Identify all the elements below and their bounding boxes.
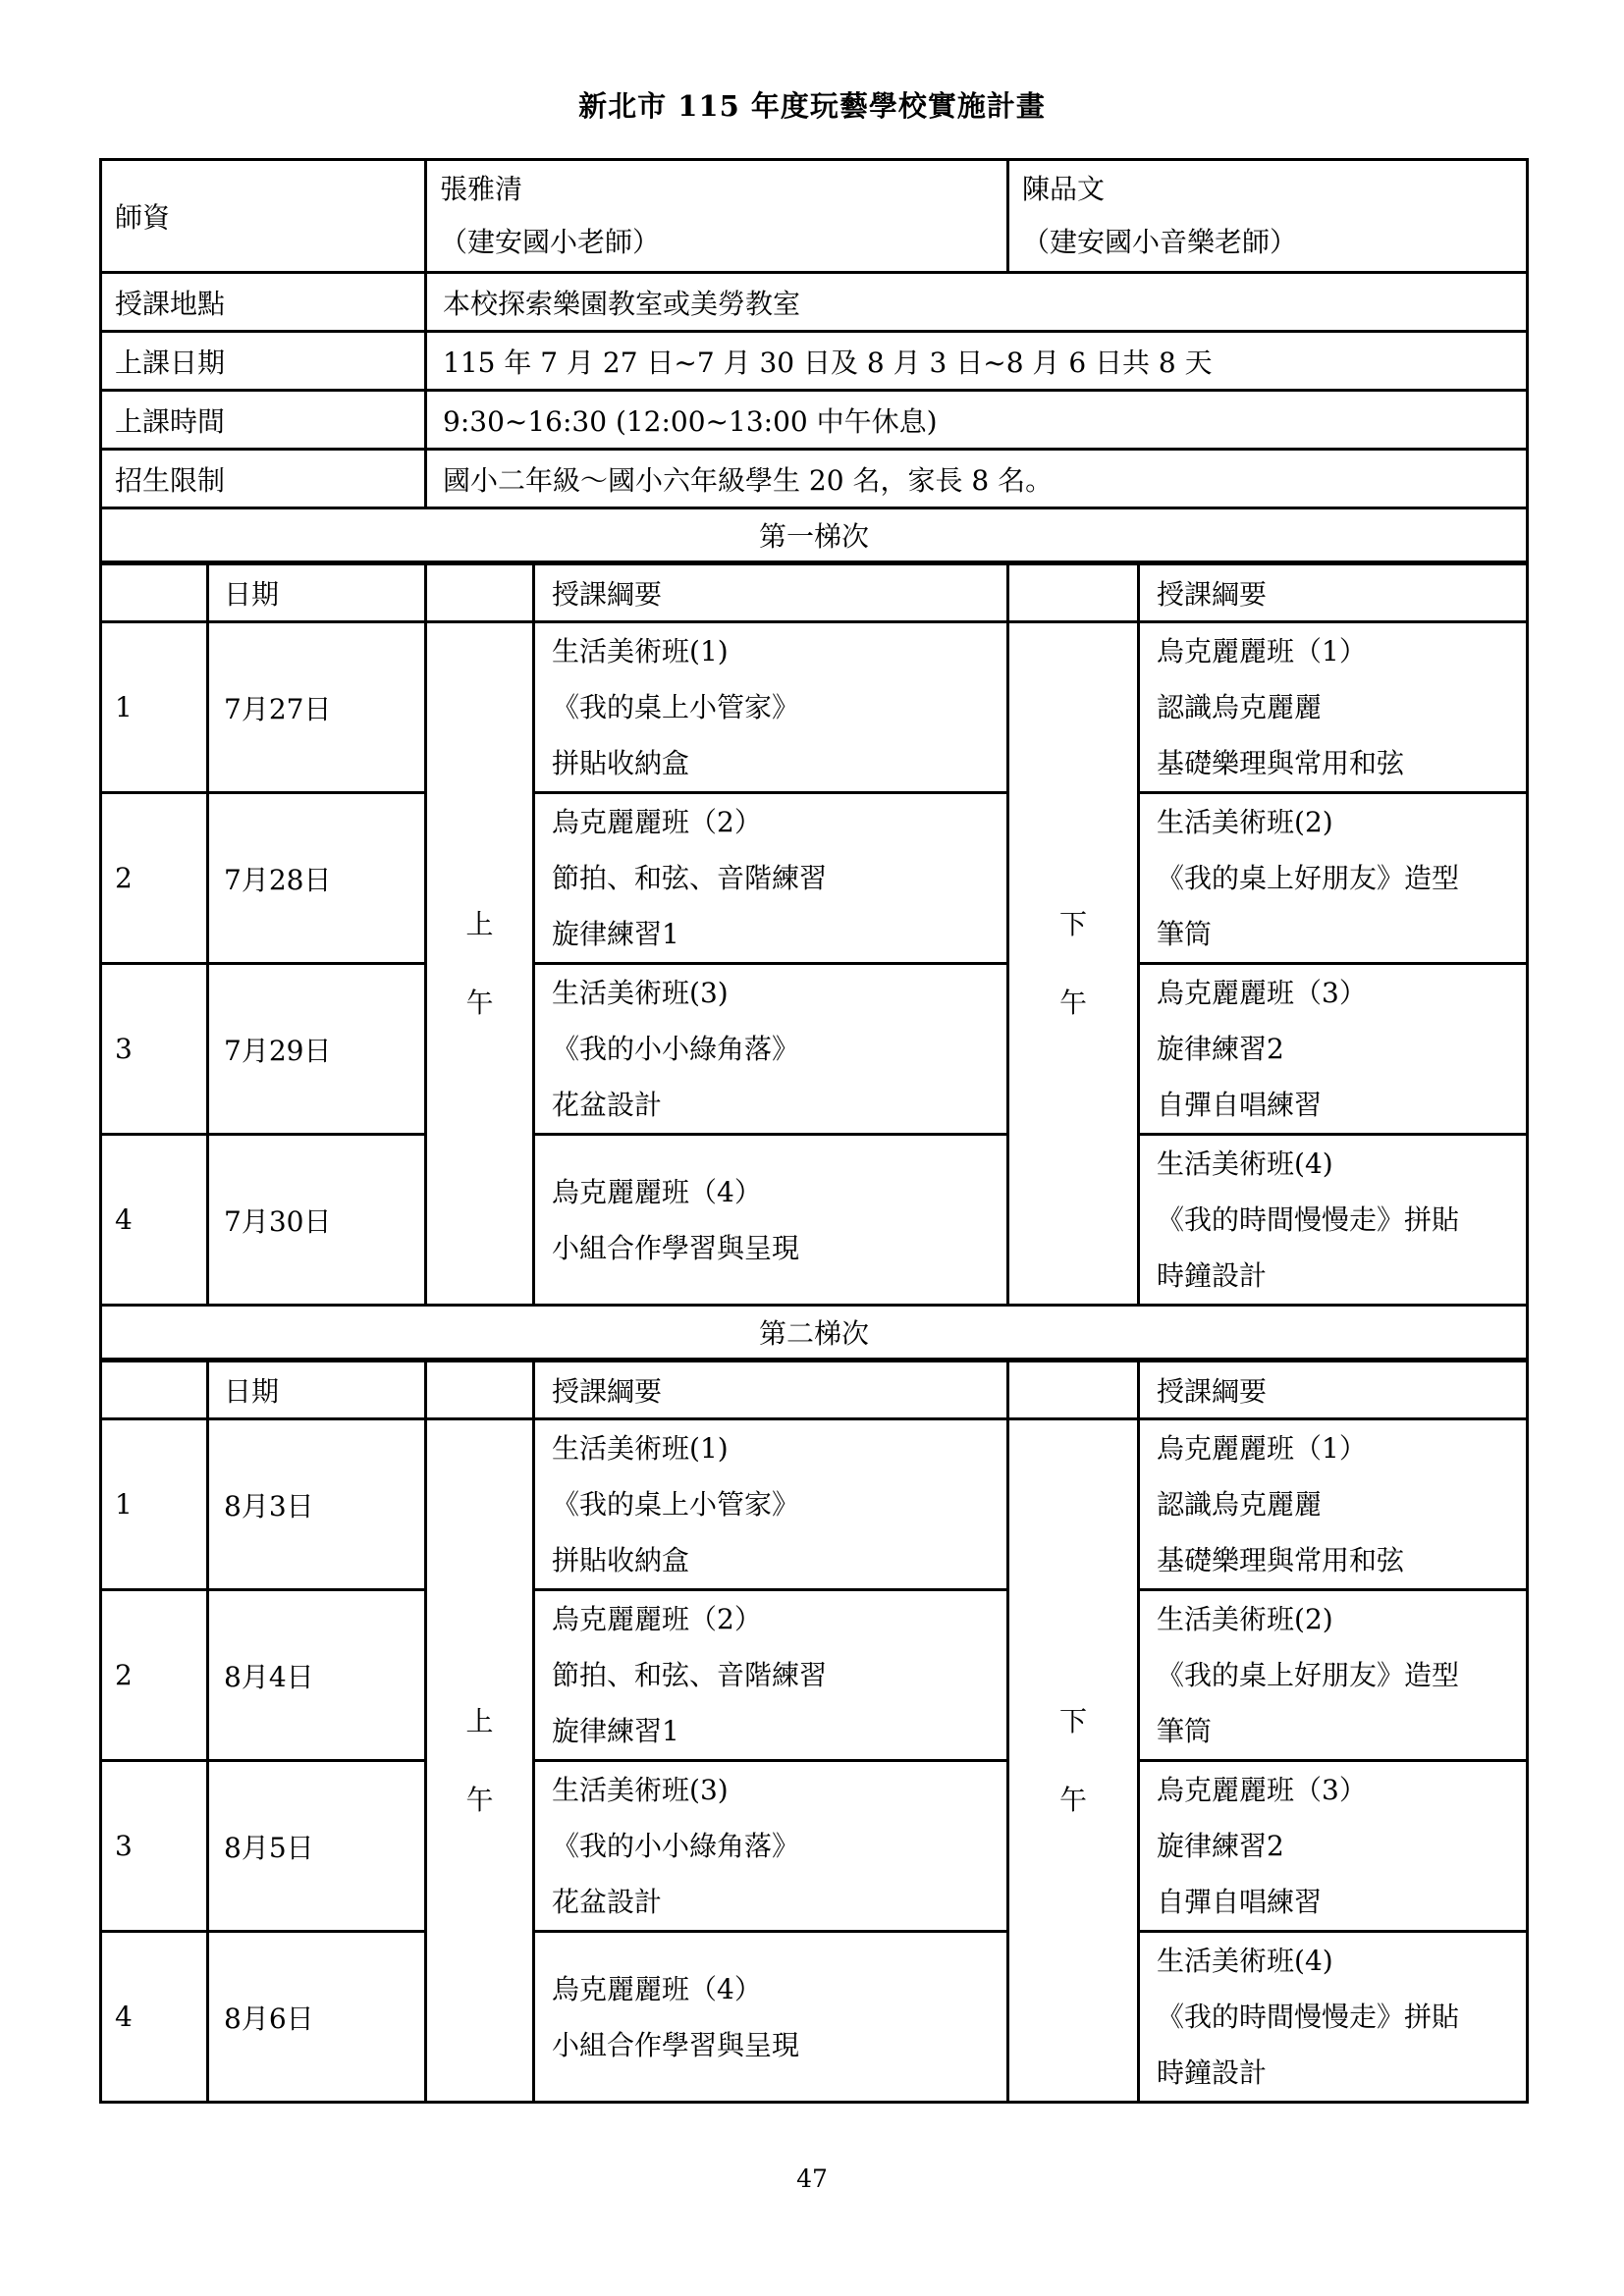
afternoon-outline-cell: 烏克麗麗班（3） 旋律練習2 自彈自唱練習: [1139, 964, 1528, 1135]
table-row: 4 8月6日 烏克麗麗班（4） 小組合作學習與呈現 生活美術班(4) 《我的時間…: [101, 1932, 1528, 2103]
outline-line: 拼貼收納盒: [552, 735, 1006, 791]
afternoon-label: 下午: [1058, 885, 1088, 1042]
outline-line: 烏克麗麗班（1）: [1157, 1420, 1526, 1476]
info-row-location: 授課地點 本校探索樂園教室或美勞教室: [101, 273, 1528, 332]
outline-line: 旋律練習1: [552, 1703, 1006, 1759]
info-value: 本校探索樂園教室或美勞教室: [426, 273, 1528, 332]
morning-outline-cell: 生活美術班(3) 《我的小小綠角落》 花盆設計: [534, 1761, 1008, 1932]
row-date: 8月6日: [208, 1932, 426, 2103]
table-row: 2 8月4日 烏克麗麗班（2） 節拍、和弦、音階練習 旋律練習1 生活美術班(2…: [101, 1590, 1528, 1761]
morning-outline-cell: 烏克麗麗班（4） 小組合作學習與呈現: [534, 1135, 1008, 1306]
header-empty: [426, 1361, 534, 1419]
outline-line: 認識烏克麗麗: [1157, 679, 1526, 735]
morning-label: 上午: [465, 1682, 495, 1840]
afternoon-outline-cell: 烏克麗麗班（1） 認識烏克麗麗 基礎樂理與常用和弦: [1139, 1419, 1528, 1590]
header-empty: [426, 563, 534, 622]
header-outline-afternoon: 授課綱要: [1139, 563, 1528, 622]
morning-outline-cell: 烏克麗麗班（2） 節拍、和弦、音階練習 旋律練習1: [534, 793, 1008, 964]
info-label: 上課日期: [101, 332, 426, 391]
outline-line: 時鐘設計: [1157, 1248, 1526, 1304]
outline-line: 生活美術班(2): [1157, 794, 1526, 850]
info-label: 上課時間: [101, 391, 426, 450]
info-value: 國小二年級～國小六年級學生 20 名，家長 8 名。: [426, 450, 1528, 508]
row-number: 4: [101, 1135, 208, 1306]
info-value: 115 年 7 月 27 日~7 月 30 日及 8 月 3 日~8 月 6 日…: [426, 332, 1528, 391]
outline-line: 節拍、和弦、音階練習: [552, 1647, 1006, 1703]
outline-line: 生活美術班(4): [1157, 1136, 1526, 1192]
outline-line: 生活美術班(3): [552, 965, 1006, 1021]
info-row-dates: 上課日期 115 年 7 月 27 日~7 月 30 日及 8 月 3 日~8 …: [101, 332, 1528, 391]
morning-label-cell: 上午: [426, 622, 534, 1306]
outline-line: 生活美術班(3): [552, 1762, 1006, 1818]
teacher-row: 師資 張雅清 （建安國小老師） 陳品文 （建安國小音樂老師）: [101, 160, 1528, 273]
afternoon-label-cell: 下午: [1008, 622, 1139, 1306]
row-date: 8月3日: [208, 1419, 426, 1590]
afternoon-outline-cell: 生活美術班(4) 《我的時間慢慢走》拼貼 時鐘設計: [1139, 1932, 1528, 2103]
afternoon-outline-cell: 生活美術班(2) 《我的桌上好朋友》造型 筆筒: [1139, 1590, 1528, 1761]
header-date: 日期: [208, 563, 426, 622]
afternoon-label: 下午: [1058, 1682, 1088, 1840]
header-empty: [101, 563, 208, 622]
row-number: 2: [101, 793, 208, 964]
row-number: 3: [101, 964, 208, 1135]
outline-line: 認識烏克麗麗: [1157, 1476, 1526, 1532]
outline-line: 時鐘設計: [1157, 2045, 1526, 2101]
info-row-limit: 招生限制 國小二年級～國小六年級學生 20 名，家長 8 名。: [101, 450, 1528, 508]
afternoon-outline-cell: 生活美術班(4) 《我的時間慢慢走》拼貼 時鐘設計: [1139, 1135, 1528, 1306]
row-number: 4: [101, 1932, 208, 2103]
row-date: 7月27日: [208, 622, 426, 793]
outline-line: 烏克麗麗班（2）: [552, 794, 1006, 850]
page-number: 47: [0, 2164, 1624, 2193]
table-row: 1 7月27日 上午 生活美術班(1) 《我的桌上小管家》 拼貼收納盒 下午 烏…: [101, 622, 1528, 793]
header-empty: [1008, 563, 1139, 622]
teacher2-name: 陳品文: [1022, 163, 1526, 216]
morning-outline-cell: 烏克麗麗班（4） 小組合作學習與呈現: [534, 1932, 1008, 2103]
row-date: 8月5日: [208, 1761, 426, 1932]
morning-label-cell: 上午: [426, 1419, 534, 2103]
session1-title-row: 第一梯次: [101, 508, 1528, 563]
outline-line: 生活美術班(1): [552, 1420, 1006, 1476]
outline-line: 生活美術班(2): [1157, 1591, 1526, 1647]
afternoon-outline-cell: 烏克麗麗班（1） 認識烏克麗麗 基礎樂理與常用和弦: [1139, 622, 1528, 793]
outline-line: 生活美術班(1): [552, 623, 1006, 679]
outline-line: 《我的小小綠角落》: [552, 1021, 1006, 1077]
morning-label: 上午: [465, 885, 495, 1042]
header-outline-morning: 授課綱要: [534, 563, 1008, 622]
session2-header-row: 日期 授課綱要 授課綱要: [101, 1361, 1528, 1419]
outline-line: 《我的桌上好朋友》造型: [1157, 850, 1526, 906]
outline-line: 《我的小小綠角落》: [552, 1818, 1006, 1874]
row-date: 7月28日: [208, 793, 426, 964]
morning-outline-cell: 生活美術班(1) 《我的桌上小管家》 拼貼收納盒: [534, 622, 1008, 793]
outline-line: 自彈自唱練習: [1157, 1077, 1526, 1133]
outline-line: 花盆設計: [552, 1874, 1006, 1930]
row-date: 7月30日: [208, 1135, 426, 1306]
outline-line: 小組合作學習與呈現: [552, 1220, 1006, 1276]
outline-line: 小組合作學習與呈現: [552, 2017, 1006, 2073]
table-row: 2 7月28日 烏克麗麗班（2） 節拍、和弦、音階練習 旋律練習1 生活美術班(…: [101, 793, 1528, 964]
morning-outline-cell: 烏克麗麗班（2） 節拍、和弦、音階練習 旋律練習1: [534, 1590, 1008, 1761]
row-number: 1: [101, 1419, 208, 1590]
morning-outline-cell: 生活美術班(1) 《我的桌上小管家》 拼貼收納盒: [534, 1419, 1008, 1590]
row-number: 1: [101, 622, 208, 793]
table-row: 3 8月5日 生活美術班(3) 《我的小小綠角落》 花盆設計 烏克麗麗班（3） …: [101, 1761, 1528, 1932]
outline-line: 旋律練習2: [1157, 1818, 1526, 1874]
session1-title: 第一梯次: [101, 508, 1528, 563]
afternoon-label-cell: 下午: [1008, 1419, 1139, 2103]
plan-table: 師資 張雅清 （建安國小老師） 陳品文 （建安國小音樂老師） 授課地點 本校探索…: [99, 158, 1529, 2104]
info-row-time: 上課時間 9:30~16:30 (12:00~13:00 中午休息): [101, 391, 1528, 450]
row-date: 8月4日: [208, 1590, 426, 1761]
outline-line: 節拍、和弦、音階練習: [552, 850, 1006, 906]
outline-line: 烏克麗麗班（3）: [1157, 1762, 1526, 1818]
outline-line: 《我的桌上小管家》: [552, 679, 1006, 735]
outline-line: 烏克麗麗班（1）: [1157, 623, 1526, 679]
page-title: 新北市 115 年度玩藝學校實施計畫: [0, 0, 1624, 125]
table-row: 3 7月29日 生活美術班(3) 《我的小小綠角落》 花盆設計 烏克麗麗班（3）…: [101, 964, 1528, 1135]
outline-line: 烏克麗麗班（2）: [552, 1591, 1006, 1647]
header-outline-afternoon: 授課綱要: [1139, 1361, 1528, 1419]
row-number: 3: [101, 1761, 208, 1932]
info-label: 授課地點: [101, 273, 426, 332]
outline-line: 烏克麗麗班（4）: [552, 1164, 1006, 1220]
header-empty: [101, 1361, 208, 1419]
teacher1-name: 張雅清: [440, 163, 1006, 216]
outline-line: 旋律練習1: [552, 906, 1006, 962]
info-label: 招生限制: [101, 450, 426, 508]
outline-line: 花盆設計: [552, 1077, 1006, 1133]
outline-line: 烏克麗麗班（4）: [552, 1961, 1006, 2017]
row-number: 2: [101, 1590, 208, 1761]
morning-outline-cell: 生活美術班(3) 《我的小小綠角落》 花盆設計: [534, 964, 1008, 1135]
outline-line: 《我的桌上好朋友》造型: [1157, 1647, 1526, 1703]
row-date: 7月29日: [208, 964, 426, 1135]
outline-line: 自彈自唱練習: [1157, 1874, 1526, 1930]
outline-line: 生活美術班(4): [1157, 1933, 1526, 1989]
outline-line: 拼貼收納盒: [552, 1532, 1006, 1588]
header-date: 日期: [208, 1361, 426, 1419]
teacher1-title: （建安國小老師）: [440, 216, 1006, 269]
afternoon-outline-cell: 烏克麗麗班（3） 旋律練習2 自彈自唱練習: [1139, 1761, 1528, 1932]
teacher-label: 師資: [101, 160, 426, 273]
teacher2-title: （建安國小音樂老師）: [1022, 216, 1526, 269]
session2-title-row: 第二梯次: [101, 1306, 1528, 1361]
outline-line: 筆筒: [1157, 1703, 1526, 1759]
outline-line: 《我的桌上小管家》: [552, 1476, 1006, 1532]
afternoon-outline-cell: 生活美術班(2) 《我的桌上好朋友》造型 筆筒: [1139, 793, 1528, 964]
session2-title: 第二梯次: [101, 1306, 1528, 1361]
header-outline-morning: 授課綱要: [534, 1361, 1008, 1419]
outline-line: 基礎樂理與常用和弦: [1157, 735, 1526, 791]
session1-header-row: 日期 授課綱要 授課綱要: [101, 563, 1528, 622]
outline-line: 《我的時間慢慢走》拼貼: [1157, 1989, 1526, 2045]
outline-line: 烏克麗麗班（3）: [1157, 965, 1526, 1021]
outline-line: 《我的時間慢慢走》拼貼: [1157, 1192, 1526, 1248]
table-row: 4 7月30日 烏克麗麗班（4） 小組合作學習與呈現 生活美術班(4) 《我的時…: [101, 1135, 1528, 1306]
outline-line: 筆筒: [1157, 906, 1526, 962]
header-empty: [1008, 1361, 1139, 1419]
outline-line: 旋律練習2: [1157, 1021, 1526, 1077]
info-value: 9:30~16:30 (12:00~13:00 中午休息): [426, 391, 1528, 450]
teacher2-cell: 陳品文 （建安國小音樂老師）: [1008, 160, 1528, 273]
teacher1-cell: 張雅清 （建安國小老師）: [426, 160, 1008, 273]
outline-line: 基礎樂理與常用和弦: [1157, 1532, 1526, 1588]
table-row: 1 8月3日 上午 生活美術班(1) 《我的桌上小管家》 拼貼收納盒 下午 烏克…: [101, 1419, 1528, 1590]
